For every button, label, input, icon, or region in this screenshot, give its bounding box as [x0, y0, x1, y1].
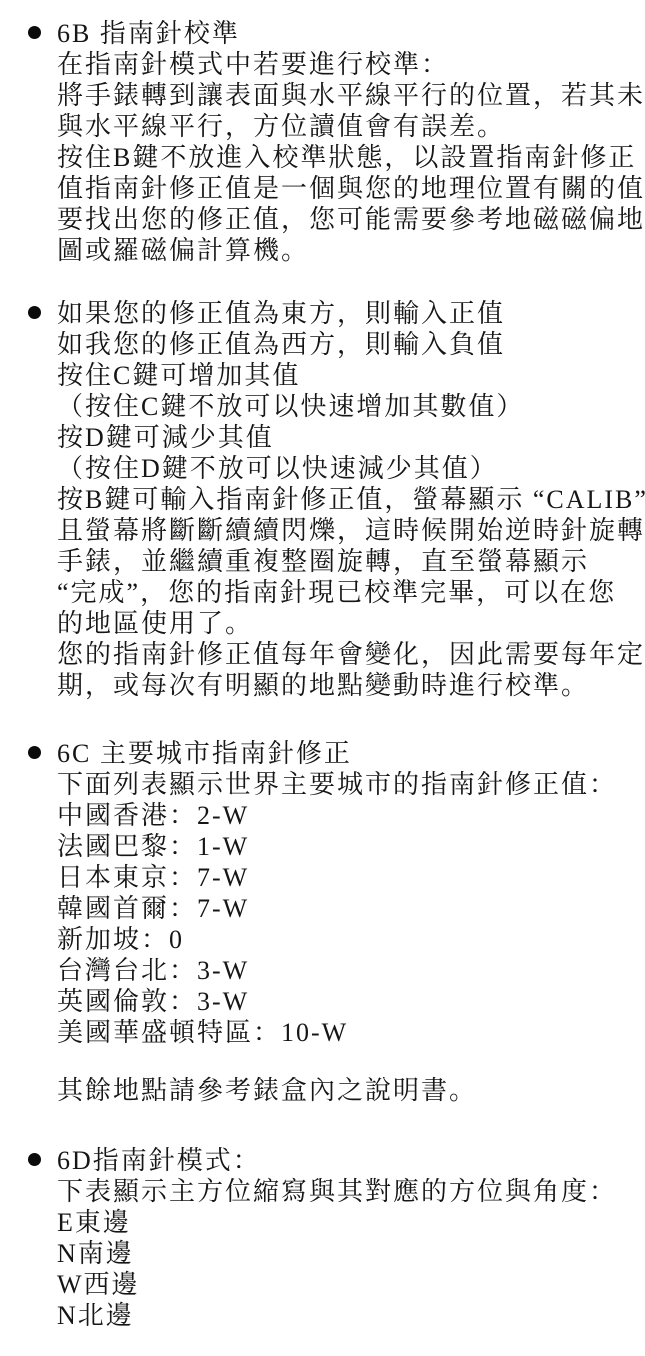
city-correction-line: 台灣台北：3-W — [57, 955, 641, 986]
text-line: 按B鍵可輸入指南針修正值，螢幕顯示 “CALIB” — [57, 484, 641, 515]
city-correction-line: 韓國首爾：7-W — [57, 893, 641, 924]
blank-line — [57, 1048, 641, 1075]
text-line: 按住C鍵可增加其值 — [57, 360, 641, 391]
text-line: 手錶，並繼續重複整圈旋轉，直至螢幕顯示 — [57, 546, 641, 577]
text-line: 下表顯示主方位縮寫與其對應的方位與角度： — [57, 1176, 641, 1207]
section-text: 6B 指南針校準 在指南針模式中若要進行校準： 將手錶轉到讓表面與水平線平行的位… — [57, 18, 641, 266]
bullet-icon — [28, 306, 41, 319]
section-text: 6C 主要城市指南針修正 下面列表顯示世界主要城市的指南針修正值： 中國香港：2… — [57, 738, 641, 1106]
text-line: 如果您的修正值為東方，則輸入正值 — [57, 298, 641, 329]
text-line: （按住C鍵不放可以快速增加其數值） — [57, 391, 641, 422]
direction-line: W西邊 — [57, 1269, 641, 1300]
direction-line: E東邊 — [57, 1207, 641, 1238]
section-heading: 6C 主要城市指南針修正 — [57, 738, 641, 769]
city-correction-line: 英國倫敦：3-W — [57, 986, 641, 1017]
text-line: 值指南針修正值是一個與您的地理位置有關的值。 — [57, 173, 641, 204]
section-correction-value-notes: 如果您的修正值為東方，則輸入正值 如我您的修正值為西方，則輸入負值 按住C鍵可增… — [0, 298, 641, 701]
text-line: 將手錶轉到讓表面與水平線平行的位置，若其未 — [57, 80, 641, 111]
section-6b-compass-calibration: 6B 指南針校準 在指南針模式中若要進行校準： 將手錶轉到讓表面與水平線平行的位… — [0, 18, 641, 266]
text-line: 按D鍵可減少其值 — [57, 422, 641, 453]
city-correction-line: 中國香港：2-W — [57, 800, 641, 831]
section-6d-compass-mode: 6D指南針模式： 下表顯示主方位縮寫與其對應的方位與角度： E東邊 N南邊 W西… — [0, 1145, 641, 1331]
text-line: 期，或每次有明顯的地點變動時進行校準。 — [57, 670, 641, 701]
city-correction-line: 日本東京：7-W — [57, 862, 641, 893]
city-correction-line: 美國華盛頓特區：10-W — [57, 1017, 641, 1048]
section-heading: 6D指南針模式： — [57, 1145, 641, 1176]
bullet-icon — [28, 1153, 41, 1166]
section-text: 6D指南針模式： 下表顯示主方位縮寫與其對應的方位與角度： E東邊 N南邊 W西… — [57, 1145, 641, 1331]
text-line: 的地區使用了。 — [57, 608, 641, 639]
city-correction-line: 新加坡：0 — [57, 924, 641, 955]
text-line: 其餘地點請參考錶盒內之說明書。 — [57, 1075, 641, 1106]
text-line: 下面列表顯示世界主要城市的指南針修正值： — [57, 769, 641, 800]
document-page: 6B 指南針校準 在指南針模式中若要進行校準： 將手錶轉到讓表面與水平線平行的位… — [0, 0, 645, 1356]
text-line: 在指南針模式中若要進行校準： — [57, 49, 641, 80]
bullet-icon — [28, 746, 41, 759]
city-correction-line: 法國巴黎：1-W — [57, 831, 641, 862]
text-line: 要找出您的修正值，您可能需要參考地磁磁偏地 — [57, 204, 641, 235]
section-6c-city-corrections: 6C 主要城市指南針修正 下面列表顯示世界主要城市的指南針修正值： 中國香港：2… — [0, 738, 641, 1106]
text-line: 與水平線平行，方位讀值會有誤差。 — [57, 111, 641, 142]
text-line: 按住B鍵不放進入校準狀態，以設置指南針修正 — [57, 142, 641, 173]
text-line: 圖或羅磁偏計算機。 — [57, 235, 641, 266]
text-line: 且螢幕將斷斷續續閃爍，這時候開始逆時針旋轉 — [57, 515, 641, 546]
text-line: （按住D鍵不放可以快速減少其值） — [57, 453, 641, 484]
section-text: 如果您的修正值為東方，則輸入正值 如我您的修正值為西方，則輸入負值 按住C鍵可增… — [57, 298, 641, 701]
direction-line: N南邊 — [57, 1238, 641, 1269]
text-line: “完成”，您的指南針現已校準完畢，可以在您 — [57, 577, 641, 608]
direction-line: N北邊 — [57, 1300, 641, 1331]
section-heading: 6B 指南針校準 — [57, 18, 641, 49]
text-line: 您的指南針修正值每年會變化，因此需要每年定 — [57, 639, 641, 670]
bullet-icon — [28, 26, 41, 39]
text-line: 如我您的修正值為西方，則輸入負值 — [57, 329, 641, 360]
